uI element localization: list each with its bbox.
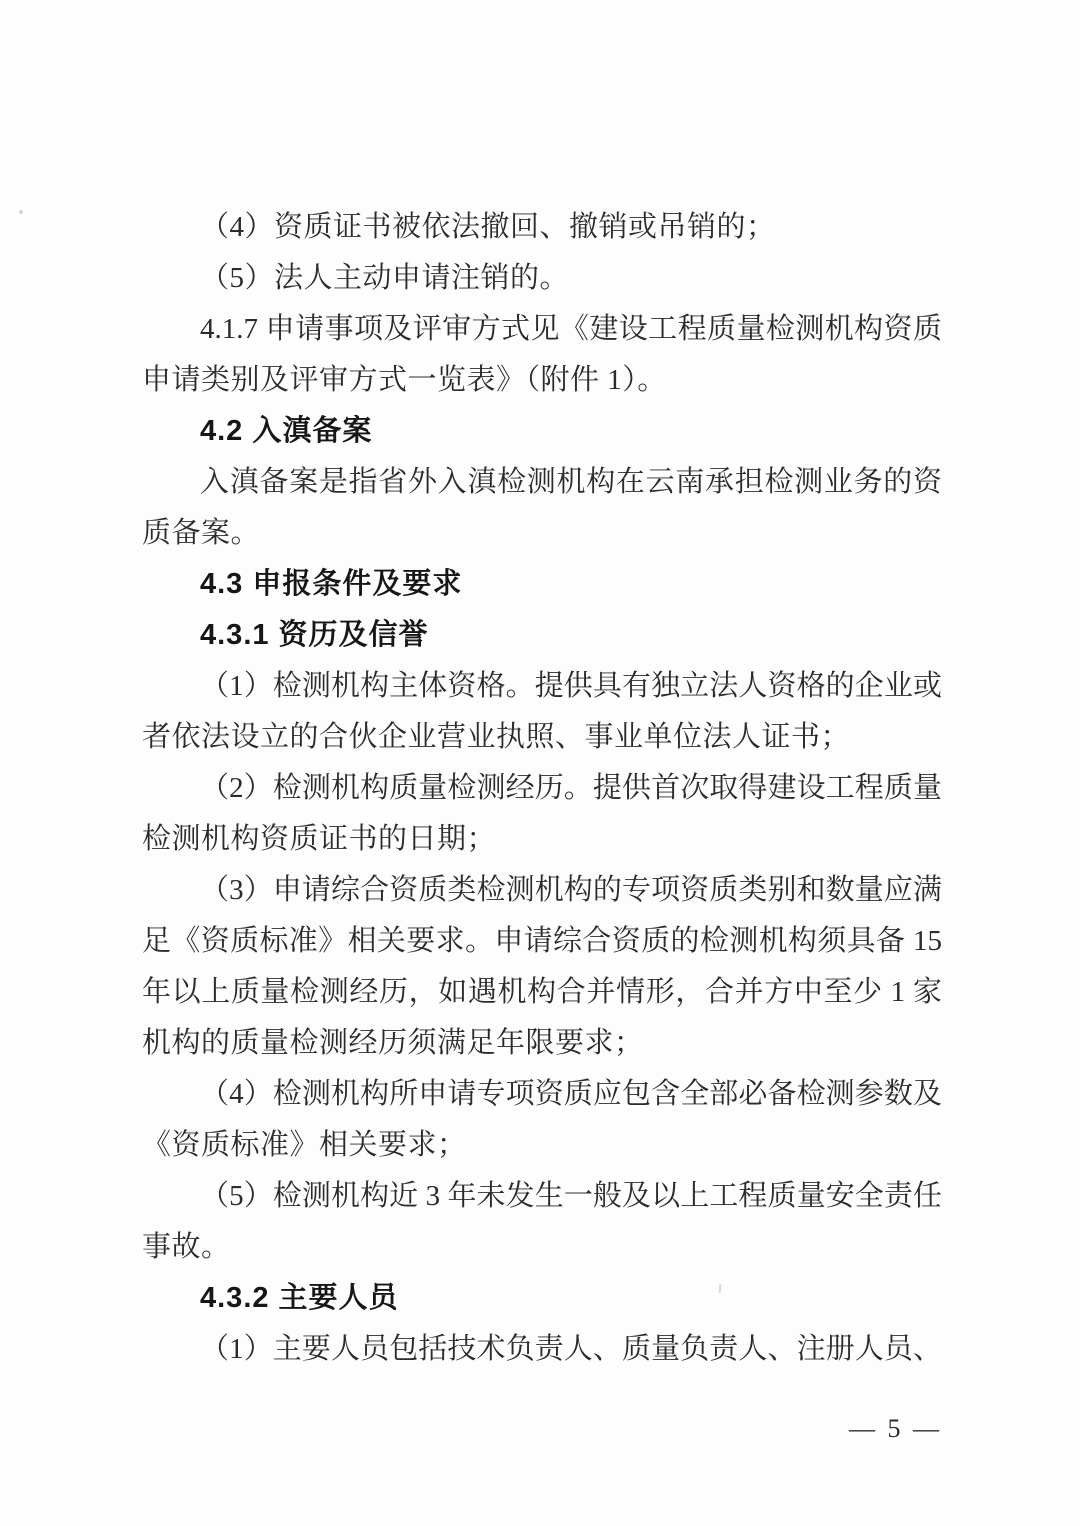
section-heading: 4.3.2 主要人员 [142, 1273, 942, 1324]
text-line: 入滇备案是指省外入滇检测机构在云南承担检测业务的资 [142, 457, 942, 508]
text-line: 检测机构资质证书的日期； [142, 814, 942, 865]
text-block: （4）资质证书被依法撤回、撤销或吊销的；（5）法人主动申请注销的。4.1.7 申… [142, 202, 942, 1375]
section-heading: 4.3.1 资历及信誉 [142, 610, 942, 661]
text-line: 质备案。 [142, 508, 942, 559]
text-line: （1）检测机构主体资格。提供具有独立法人资格的企业或 [142, 661, 942, 712]
text-line: （5）法人主动申请注销的。 [142, 253, 942, 304]
text-line: （4）资质证书被依法撤回、撤销或吊销的； [142, 202, 942, 253]
section-heading: 4.2 入滇备案 [142, 406, 942, 457]
text-line: （5）检测机构近 3 年未发生一般及以上工程质量安全责任 [142, 1171, 942, 1222]
scan-artifact [19, 210, 23, 214]
text-line: 者依法设立的合伙企业营业执照、事业单位法人证书； [142, 712, 942, 763]
text-line: 年以上质量检测经历，如遇机构合并情形，合并方中至少 1 家 [142, 967, 942, 1018]
text-line: 4.1.7 申请事项及评审方式见《建设工程质量检测机构资质 [142, 304, 942, 355]
text-line: 《资质标准》相关要求； [142, 1120, 942, 1171]
text-line: （1）主要人员包括技术负责人、质量负责人、注册人员、 [142, 1324, 942, 1375]
document-page: （4）资质证书被依法撤回、撤销或吊销的；（5）法人主动申请注销的。4.1.7 申… [0, 0, 1080, 1526]
page-number: — 5 — [849, 1412, 942, 1446]
section-heading: 4.3 申报条件及要求 [142, 559, 942, 610]
text-line: 机构的质量检测经历须满足年限要求； [142, 1018, 942, 1069]
text-line: 足《资质标准》相关要求。申请综合资质的检测机构须具备 15 [142, 916, 942, 967]
text-line: 申请类别及评审方式一览表》（附件 1）。 [142, 355, 942, 406]
text-line: 事故。 [142, 1222, 942, 1273]
text-line: （2）检测机构质量检测经历。提供首次取得建设工程质量 [142, 763, 942, 814]
text-line: （4）检测机构所申请专项资质应包含全部必备检测参数及 [142, 1069, 942, 1120]
text-line: （3）申请综合资质类检测机构的专项资质类别和数量应满 [142, 865, 942, 916]
